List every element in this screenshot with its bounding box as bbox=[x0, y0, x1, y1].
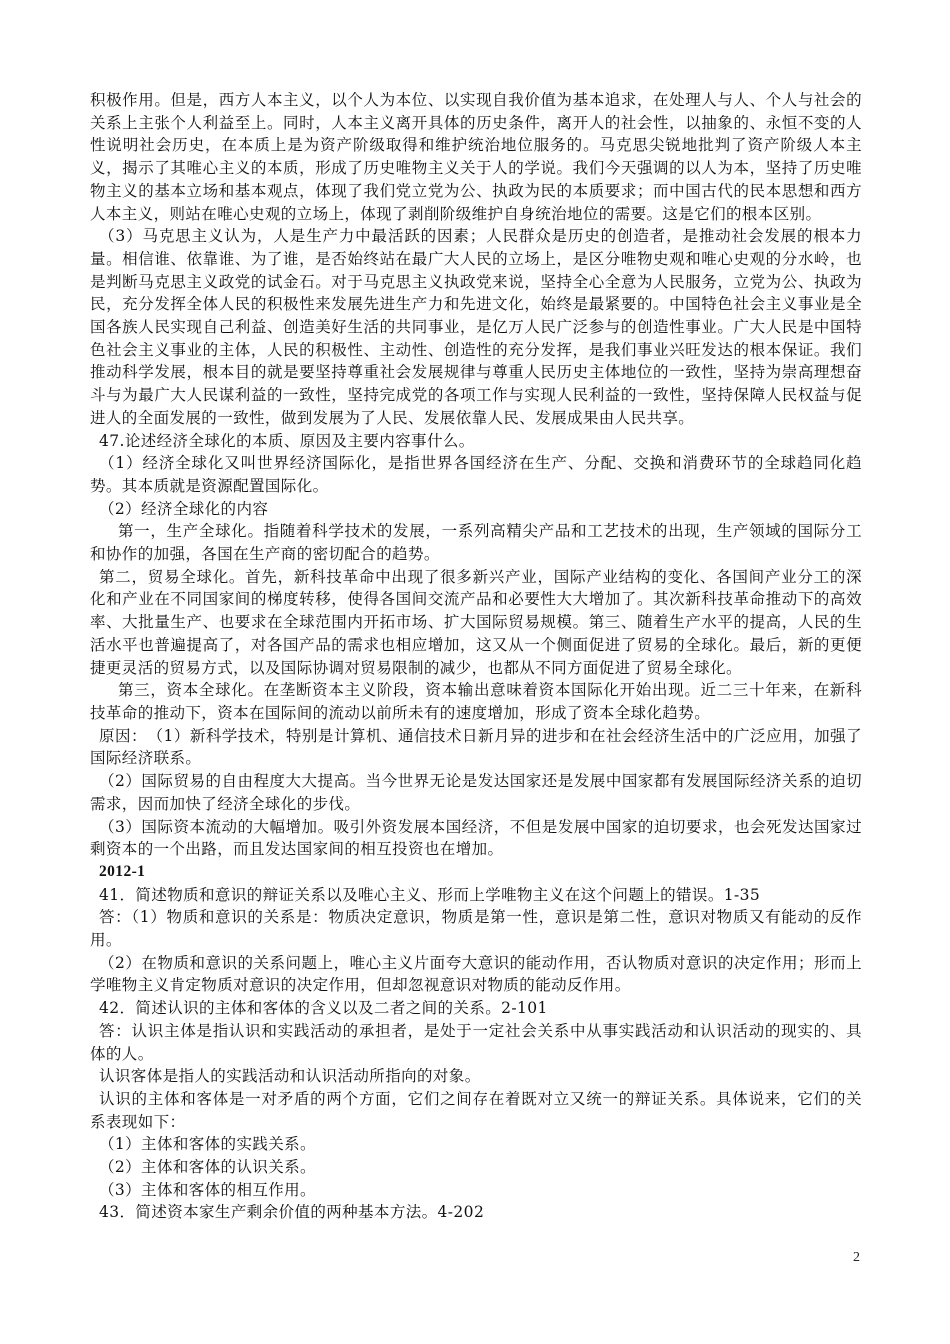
question-47-heading: 47.论述经济全球化的本质、原因及主要内容事什么。 bbox=[90, 430, 862, 453]
answer-42-object: 认识客体是指人的实践活动和认识活动所指向的对象。 bbox=[90, 1065, 862, 1088]
answer-42-item-2: （2）主体和客体的认识关系。 bbox=[90, 1156, 862, 1179]
answer-41-part-1: 答：（1）物质和意识的关系是：物质决定意识，物质是第一性，意识是第二性，意识对物… bbox=[90, 906, 862, 951]
paragraph-reason-2: （2）国际贸易的自由程度大大提高。当今世界无论是发达国家还是发展中国家都有发展国… bbox=[90, 770, 862, 815]
answer-41-part-2: （2）在物质和意识的关系问题上，唯心主义片面夸大意识的能动作用，否认物质对意识的… bbox=[90, 952, 862, 997]
paragraph-capital-globalization: 第三，资本全球化。在垄断资本主义阶段，资本输出意味着资本国际化开始出现。近二三十… bbox=[90, 679, 862, 724]
answer-42-relation: 认识的主体和客体是一对矛盾的两个方面，它们之间存在着既对立又统一的辩证关系。具体… bbox=[90, 1088, 862, 1133]
paragraph-globalization-content-heading: （2）经济全球化的内容 bbox=[90, 498, 862, 521]
paragraph-reason-3: （3）国际资本流动的大幅增加。吸引外资发展本国经济，不但是发展中国家的迫切要求，… bbox=[90, 816, 862, 861]
question-43-heading: 43．简述资本家生产剩余价值的两种基本方法。4-202 bbox=[90, 1201, 862, 1224]
document-page: 积极作用。但是，西方人本主义，以个人为本位、以实现自我价值为基本追求，在处理人与… bbox=[90, 89, 862, 1224]
answer-42-item-1: （1）主体和客体的实践关系。 bbox=[90, 1133, 862, 1156]
section-heading-2012-1: 2012-1 bbox=[90, 861, 862, 884]
paragraph-trade-globalization: 第二，贸易全球化。首先，新科技革命中出现了很多新兴产业，国际产业结构的变化、各国… bbox=[90, 566, 862, 680]
paragraph-production-globalization: 第一，生产全球化。指随着科学技术的发展，一系列高精尖产品和工艺技术的出现，生产领… bbox=[90, 520, 862, 565]
question-41-heading: 41．简述物质和意识的辩证关系以及唯心主义、形而上学唯物主义在这个问题上的错误。… bbox=[90, 884, 862, 907]
paragraph-reason-1: 原因： （1）新科学技术，特别是计算机、通信技术日新月异的进步和在社会经济生活中… bbox=[90, 725, 862, 770]
paragraph-globalization-essence: （1）经济全球化又叫世界经济国际化，是指世界各国经济在生产、分配、交换和消费环节… bbox=[90, 452, 862, 497]
page-number: 2 bbox=[853, 1250, 860, 1266]
answer-42-subject: 答：认识主体是指认识和实践活动的承担者，是处于一定社会关系中从事实践活动和认识活… bbox=[90, 1020, 862, 1065]
paragraph-point-3-people: （3）马克思主义认为，人是生产力中最活跃的因素；人民群众是历史的创造者，是推动社… bbox=[90, 225, 862, 429]
question-42-heading: 42．简述认识的主体和客体的含义以及二者之间的关系。2-101 bbox=[90, 997, 862, 1020]
paragraph-humanism-contrast: 积极作用。但是，西方人本主义，以个人为本位、以实现自我价值为基本追求，在处理人与… bbox=[90, 89, 862, 225]
answer-42-item-3: （3）主体和客体的相互作用。 bbox=[90, 1179, 862, 1202]
